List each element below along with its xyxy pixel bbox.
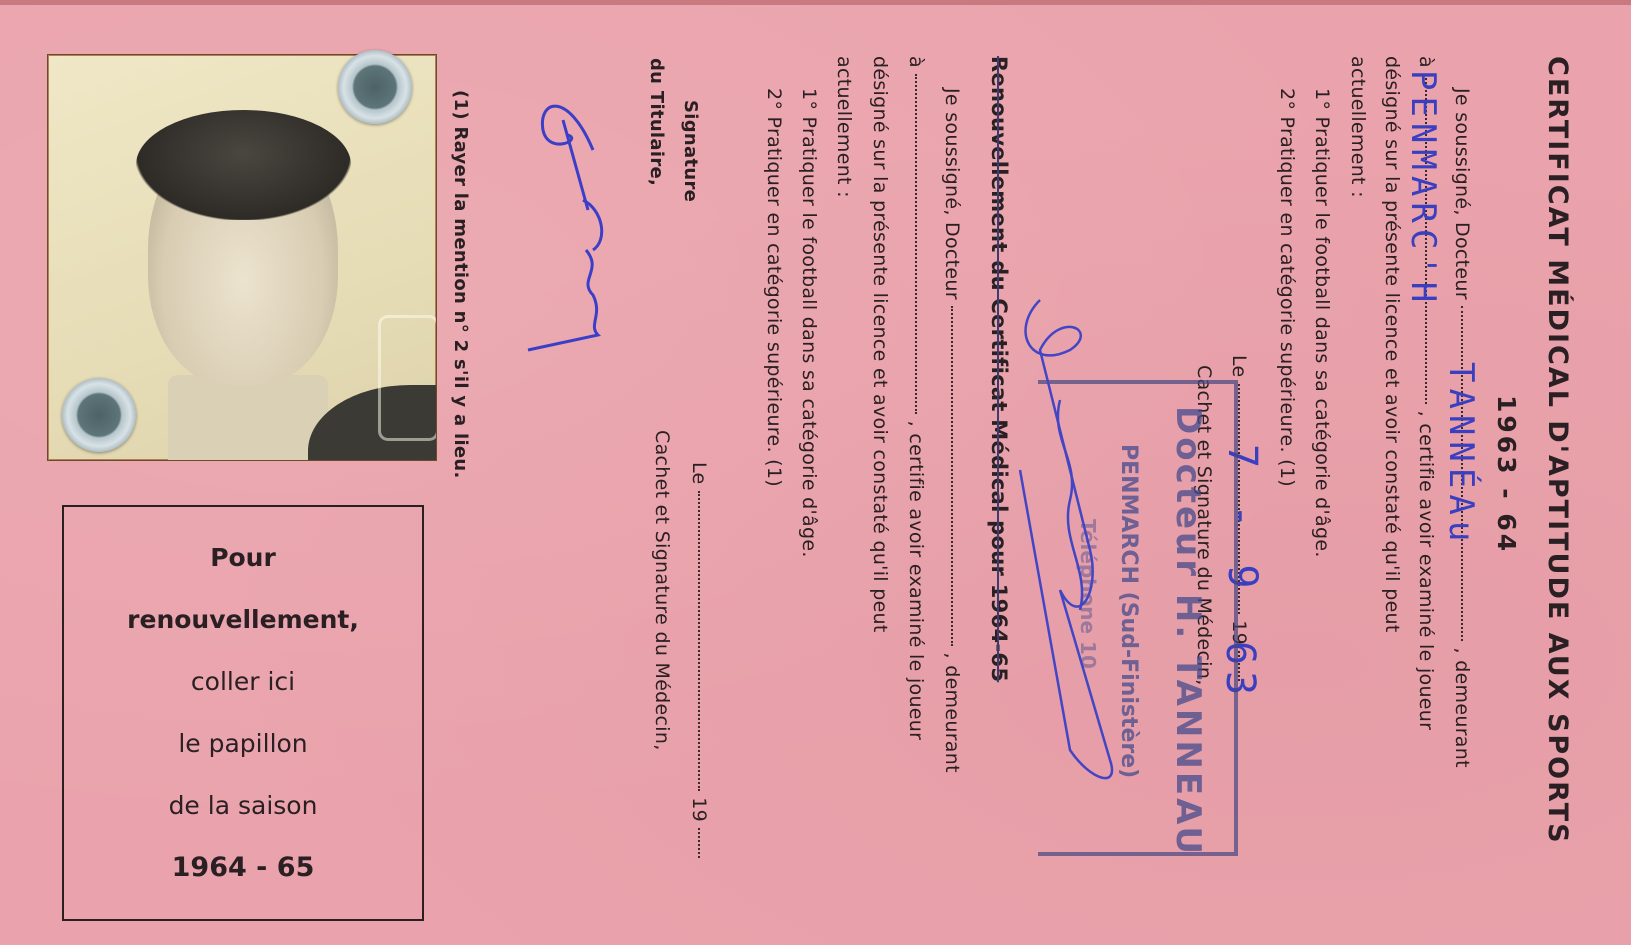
photo-collar [168, 375, 328, 461]
renew-box-line-2: renouvellement, [64, 589, 422, 651]
photo-embossed-seal [378, 315, 437, 441]
renewal-line-2-prefix: à [905, 56, 927, 68]
cert-line-1: Je soussigné, Docteur TANNÉAu , demeuran… [1448, 88, 1476, 768]
stamp-doctor-name: Docteur H. TANNEAU [1168, 406, 1208, 857]
renewal-item-2: 2° Pratiquer en catégorie supérieure. (1… [760, 88, 788, 487]
cert-line-1-suffix: , demeurant [1451, 648, 1473, 768]
renewal-city-field[interactable] [915, 74, 917, 414]
renewal-signature-label: Cachet et Signature du Médecin, [648, 430, 676, 751]
holder-signature [508, 80, 618, 360]
renewal-line-2: à , certifie avoir examiné le joueur [902, 56, 930, 740]
renewal-line-1-prefix: Je soussigné, Docteur [941, 88, 963, 300]
cert-line-3: désigné sur la présente licence et avoir… [1378, 56, 1406, 633]
card-edge [0, 0, 1631, 5]
renewal-date-year-field[interactable] [698, 828, 700, 858]
cert-item-1: 1° Pratiquer le football dans sa catégor… [1308, 88, 1336, 558]
renewal-heading-text: Renouvellement du Certificat Médical pou… [987, 56, 1011, 682]
eyelet-bottom [62, 378, 136, 452]
footnote: (1) Rayer la mention n° 2 s'il y a lieu. [446, 90, 474, 479]
season-label: 1963 - 64 [1492, 395, 1520, 554]
renewal-date-year-prefix: 19 [688, 797, 710, 822]
holder-signature-label-1: Signature [676, 100, 704, 202]
date-prefix: Le [1228, 355, 1250, 378]
renewal-line-3: désigné sur la présente licence et avoir… [866, 56, 894, 633]
certificate-title: CERTIFICAT MÉDICAL D'APTITUDE AUX SPORTS [1540, 56, 1574, 845]
renew-box-line-6: 1964 - 65 [64, 837, 422, 899]
city-field[interactable]: PENMARC'H [1425, 74, 1427, 404]
doctor-field[interactable]: TANNÉAu [1461, 306, 1463, 641]
renewal-date-field[interactable] [698, 491, 700, 791]
cert-line-2-suffix: , certifie avoir examiné le joueur [1415, 411, 1437, 731]
holder-signature-label-2: du Titulaire, [642, 58, 670, 186]
doctor-signature [1000, 290, 1140, 810]
renew-box-line-5: de la saison [64, 775, 422, 837]
cert-line-2-prefix: à [1415, 56, 1437, 68]
medical-certificate-card: CERTIFICAT MÉDICAL D'APTITUDE AUX SPORTS… [0, 0, 1631, 945]
renew-box-line-3: coller ici [64, 651, 422, 713]
cert-item-2: 2° Pratiquer en catégorie supérieure. (1… [1273, 88, 1301, 487]
cert-line-2: à PENMARC'H , certifie avoir examiné le … [1412, 56, 1440, 730]
renewal-doctor-field[interactable] [951, 306, 953, 646]
cert-line-1-prefix: Je soussigné, Docteur [1451, 88, 1473, 300]
renewal-line-1-suffix: , demeurant [941, 653, 963, 773]
eyelet-top [338, 50, 412, 124]
renewal-line-1: Je soussigné, Docteur , demeurant [938, 88, 966, 773]
photo-hair [136, 110, 351, 220]
renewal-date-line: Le 19 [685, 462, 713, 858]
cert-line-4: actuellement : [1344, 56, 1372, 198]
renewal-date-prefix: Le [688, 462, 710, 485]
date-field[interactable]: 7 - 9 [1238, 384, 1240, 614]
date-year-field[interactable]: 63 [1238, 651, 1240, 681]
doctor-name-handwritten: TANNÉAu [1447, 362, 1475, 547]
city-handwritten: PENMARC'H [1409, 70, 1437, 308]
renewal-item-1: 1° Pratiquer le football dans sa catégor… [795, 88, 823, 558]
renew-box-line-1: Pour [64, 527, 422, 589]
renewal-line-4: actuellement : [830, 56, 858, 198]
renewal-sticker-box: Pour renouvellement, coller ici le papil… [62, 505, 424, 921]
renew-box-line-4: le papillon [64, 713, 422, 775]
renewal-line-2-suffix: , certifie avoir examiné le joueur [905, 421, 927, 741]
renewal-heading: Renouvellement du Certificat Médical pou… [985, 56, 1013, 682]
